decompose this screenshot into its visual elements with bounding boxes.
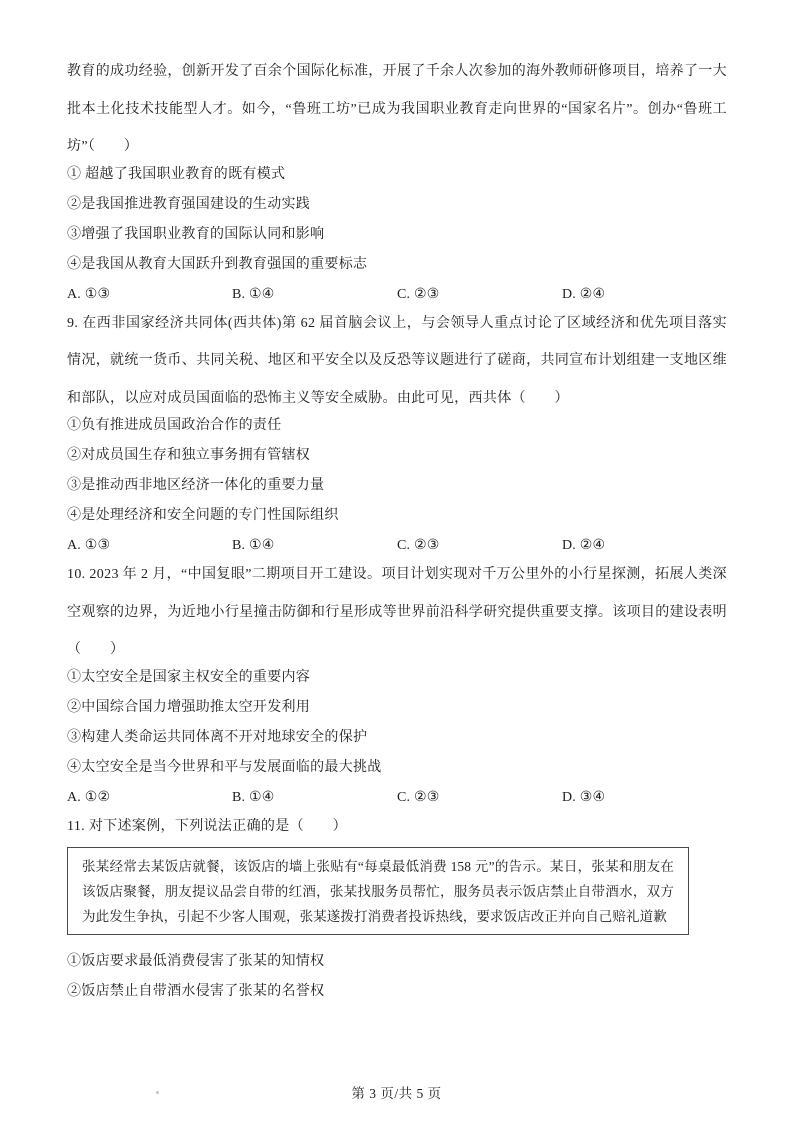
question-11-option-2: ②饭店禁止自带酒水侵害了张某的名誉权 xyxy=(67,977,727,1007)
question-10: 10. 2023 年 2 月，“中国复眼”二期项目开工建设。项目计划实现对千万公… xyxy=(67,556,727,813)
question-10-option-4: ④太空安全是当今世界和平与发展面临的最大挑战 xyxy=(67,753,727,783)
question-10-stem: 10. 2023 年 2 月，“中国复眼”二期项目开工建设。项目计划实现对千万公… xyxy=(67,556,727,669)
page-footer: 第 3 页/共 5 页 xyxy=(0,1082,793,1102)
question-9-option-2: ②对成员国生存和独立事务拥有管辖权 xyxy=(67,441,727,471)
page-number-label: 第 3 页/共 5 页 xyxy=(351,1086,441,1101)
question-9-stem: 9. 在西非国家经济共同体(西共体)第 62 届首脑会议上，与会领导人重点讨论了… xyxy=(67,305,727,418)
question-8-option-3: ③增强了我国职业教育的国际认同和影响 xyxy=(67,220,727,250)
question-9: 9. 在西非国家经济共同体(西共体)第 62 届首脑会议上，与会领导人重点讨论了… xyxy=(67,305,727,562)
case-text: 张某经常去某饭店就餐，该饭店的墙上张贴有“每桌最低消费 158 元”的告示。某日… xyxy=(82,854,674,929)
question-11: 11. 对下述案例，下列说法正确的是（ ） 张某经常去某饭店就餐，该饭店的墙上张… xyxy=(67,808,727,1008)
question-9-option-4: ④是处理经济和安全问题的专门性国际组织 xyxy=(67,501,727,531)
question-8-stem-continuation: 教育的成功经验，创新开发了百余个国际化标准，开展了千余人次参加的海外教师研修项目… xyxy=(67,53,727,166)
question-10-choice-c: C. ②③ xyxy=(397,783,562,813)
question-8: 教育的成功经验，创新开发了百余个国际化标准，开展了千余人次参加的海外教师研修项目… xyxy=(67,53,727,310)
question-8-option-1: ① 超越了我国职业教育的既有模式 xyxy=(67,160,727,190)
exam-page-content: 教育的成功经验，创新开发了百余个国际化标准，开展了千余人次参加的海外教师研修项目… xyxy=(67,53,727,1007)
question-10-option-2: ②中国综合国力增强助推太空开发利用 xyxy=(67,693,727,723)
question-10-choice-d: D. ③④ xyxy=(562,783,727,813)
question-8-option-4: ④是我国从教育大国跃升到教育强国的重要标志 xyxy=(67,250,727,280)
question-10-option-3: ③构建人类命运共同体离不开对地球安全的保护 xyxy=(67,723,727,753)
case-box: 张某经常去某饭店就餐，该饭店的墙上张贴有“每桌最低消费 158 元”的告示。某日… xyxy=(67,847,689,935)
question-8-option-2: ②是我国推进教育强国建设的生动实践 xyxy=(67,190,727,220)
question-11-stem: 11. 对下述案例，下列说法正确的是（ ） xyxy=(67,808,727,846)
question-9-option-3: ③是推动西非地区经济一体化的重要力量 xyxy=(67,471,727,501)
question-10-option-1: ①太空安全是国家主权安全的重要内容 xyxy=(67,663,727,693)
question-11-option-1: ①饭店要求最低消费侵害了张某的知情权 xyxy=(67,947,727,977)
